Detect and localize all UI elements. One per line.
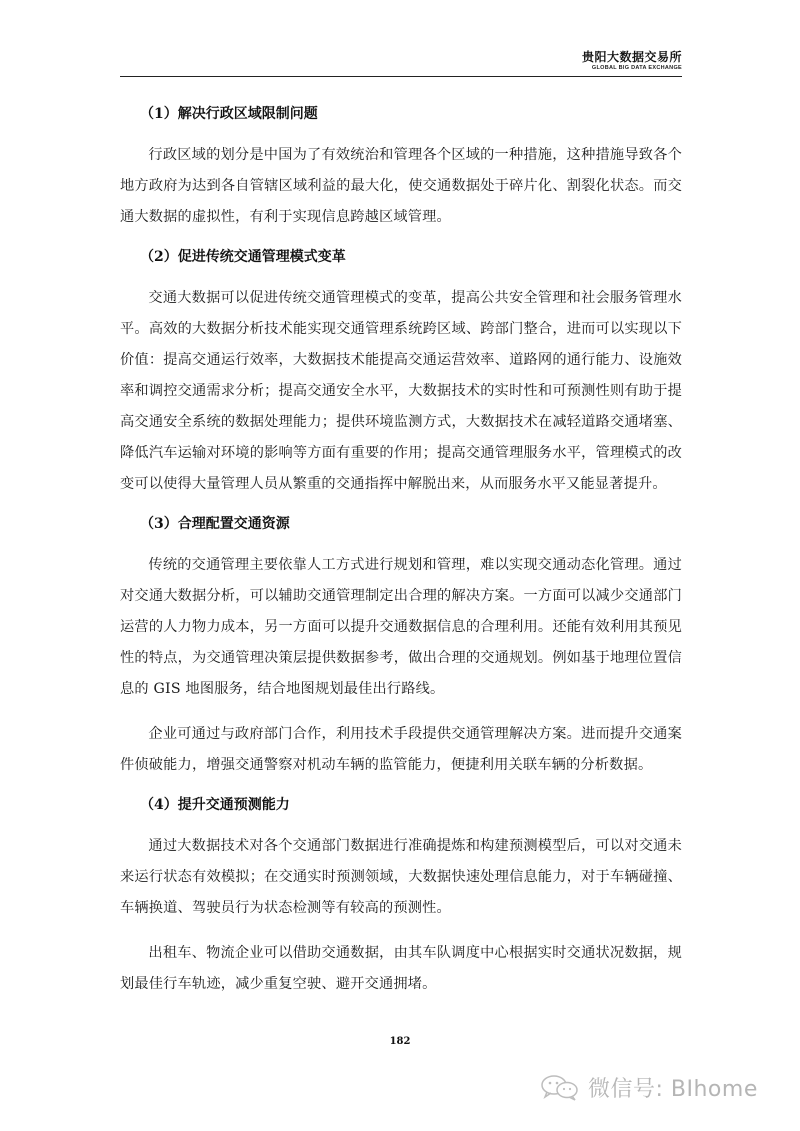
section-title: （1）解决行政区域限制问题 [140, 104, 682, 124]
page-header: 贵阳大数据交易所 GLOBAL BIG DATA EXCHANGE [120, 50, 682, 80]
section-4: （4）提升交通预测能力 通过大数据技术对各个交通部门数据进行准确提炼和构建预测模… [120, 795, 682, 1000]
section-3: （3）合理配置交通资源 传统的交通管理主要依靠人工方式进行规划和管理，难以实现交… [120, 514, 682, 781]
paragraph: 通过大数据技术对各个交通部门数据进行准确提炼和构建预测模型后，可以对交通未来运行… [120, 831, 682, 924]
wechat-icon [540, 1073, 580, 1101]
header-rule [120, 76, 682, 77]
section-1: （1）解决行政区域限制问题 行政区域的划分是中国为了有效统治和管理各个区域的一种… [120, 104, 682, 233]
section-2: （2）促进传统交通管理模式变革 交通大数据可以促进传统交通管理模式的变革，提高公… [120, 247, 682, 500]
org-name-cn: 贵阳大数据交易所 [582, 50, 682, 64]
section-title: （3）合理配置交通资源 [140, 514, 682, 534]
page-number: 182 [0, 1036, 800, 1047]
paragraph: 传统的交通管理主要依靠人工方式进行规划和管理，难以实现交通动态化管理。通过对交通… [120, 550, 682, 705]
paragraph: 企业可通过与政府部门合作，利用技术手段提供交通管理解决方案。进而提升交通案件侦破… [120, 719, 682, 781]
org-name-en: GLOBAL BIG DATA EXCHANGE [582, 64, 682, 72]
watermark-text: 微信号: BIhome [588, 1072, 758, 1103]
paragraph: 行政区域的划分是中国为了有效统治和管理各个区域的一种措施，这种措施导致各个地方政… [120, 140, 682, 233]
section-title: （4）提升交通预测能力 [140, 795, 682, 815]
paragraph: 交通大数据可以促进传统交通管理模式的变革，提高公共安全管理和社会服务管理水平。高… [120, 283, 682, 500]
document-body: （1）解决行政区域限制问题 行政区域的划分是中国为了有效统治和管理各个区域的一种… [120, 100, 682, 1014]
org-logo: 贵阳大数据交易所 GLOBAL BIG DATA EXCHANGE [582, 50, 682, 72]
paragraph: 出租车、物流企业可以借助交通数据，由其车队调度中心根据实时交通状况数据，规划最佳… [120, 938, 682, 1000]
section-title: （2）促进传统交通管理模式变革 [140, 247, 682, 267]
watermark: 微信号: BIhome [540, 1072, 758, 1102]
